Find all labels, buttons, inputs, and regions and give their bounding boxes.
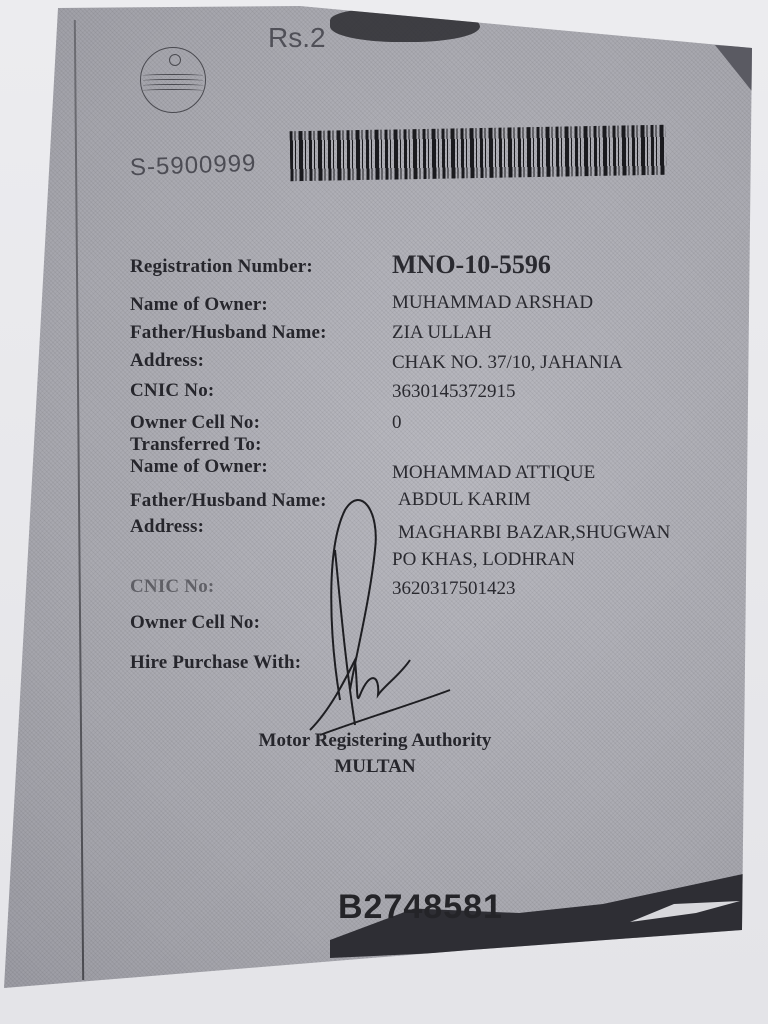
- signature-icon: [300, 490, 470, 740]
- label-owner-name: Name of Owner:: [130, 294, 268, 316]
- transfer-heading: Transferred To:: [130, 434, 262, 456]
- issuing-authority: Motor Registering Authority: [230, 730, 520, 752]
- label-new-owner-name: Name of Owner:: [130, 456, 268, 478]
- authority-city: MULTAN: [230, 756, 520, 778]
- value-registration-number: MNO-10-5596: [392, 250, 551, 280]
- value-father-name: ZIA ULLAH: [392, 322, 492, 344]
- label-new-cnic: CNIC No:: [130, 576, 214, 598]
- label-hire-purchase: Hire Purchase With:: [130, 652, 301, 674]
- value-cnic: 3630145372915: [392, 381, 516, 403]
- label-new-owner-cell: Owner Cell No:: [130, 612, 260, 634]
- label-father-name: Father/Husband Name:: [130, 322, 327, 344]
- label-new-father-name: Father/Husband Name:: [130, 490, 327, 512]
- label-new-address: Address:: [130, 516, 204, 538]
- fold-crease: [74, 20, 84, 980]
- label-address: Address:: [130, 350, 204, 372]
- document-number: B2748581: [338, 888, 503, 927]
- label-registration-number: Registration Number:: [130, 256, 313, 278]
- folded-corner: [715, 45, 755, 95]
- label-cnic: CNIC No:: [130, 380, 214, 402]
- serial-number: S-5900999: [130, 150, 257, 182]
- label-owner-cell: Owner Cell No:: [130, 412, 260, 434]
- value-address: CHAK NO. 37/10, JAHANIA: [392, 352, 623, 374]
- punjab-govt-emblem-icon: [140, 47, 206, 113]
- stamp-price: Rs.2: [268, 22, 326, 54]
- value-new-owner-name: MOHAMMAD ATTIQUE: [392, 462, 595, 484]
- registration-document: Rs.2 S-5900999 Registration Number: MNO-…: [0, 0, 768, 1024]
- value-owner-cell: 0: [392, 412, 402, 434]
- value-owner-name: MUHAMMAD ARSHAD: [392, 292, 593, 314]
- barcode: [290, 125, 667, 182]
